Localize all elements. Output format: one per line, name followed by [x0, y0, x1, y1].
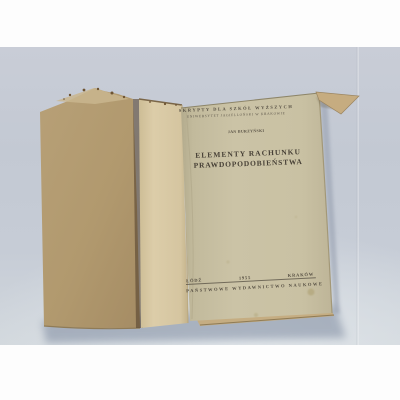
letterbox-top [0, 0, 400, 47]
book-photo: SKRYPTY DLA SZKÓŁ WYŻSZYCH UNIWERSYTET J… [0, 47, 400, 345]
book-illustration [0, 47, 400, 345]
page-stack-edge [139, 99, 188, 328]
front-cover [40, 88, 140, 328]
letterbox-bottom [0, 345, 400, 400]
